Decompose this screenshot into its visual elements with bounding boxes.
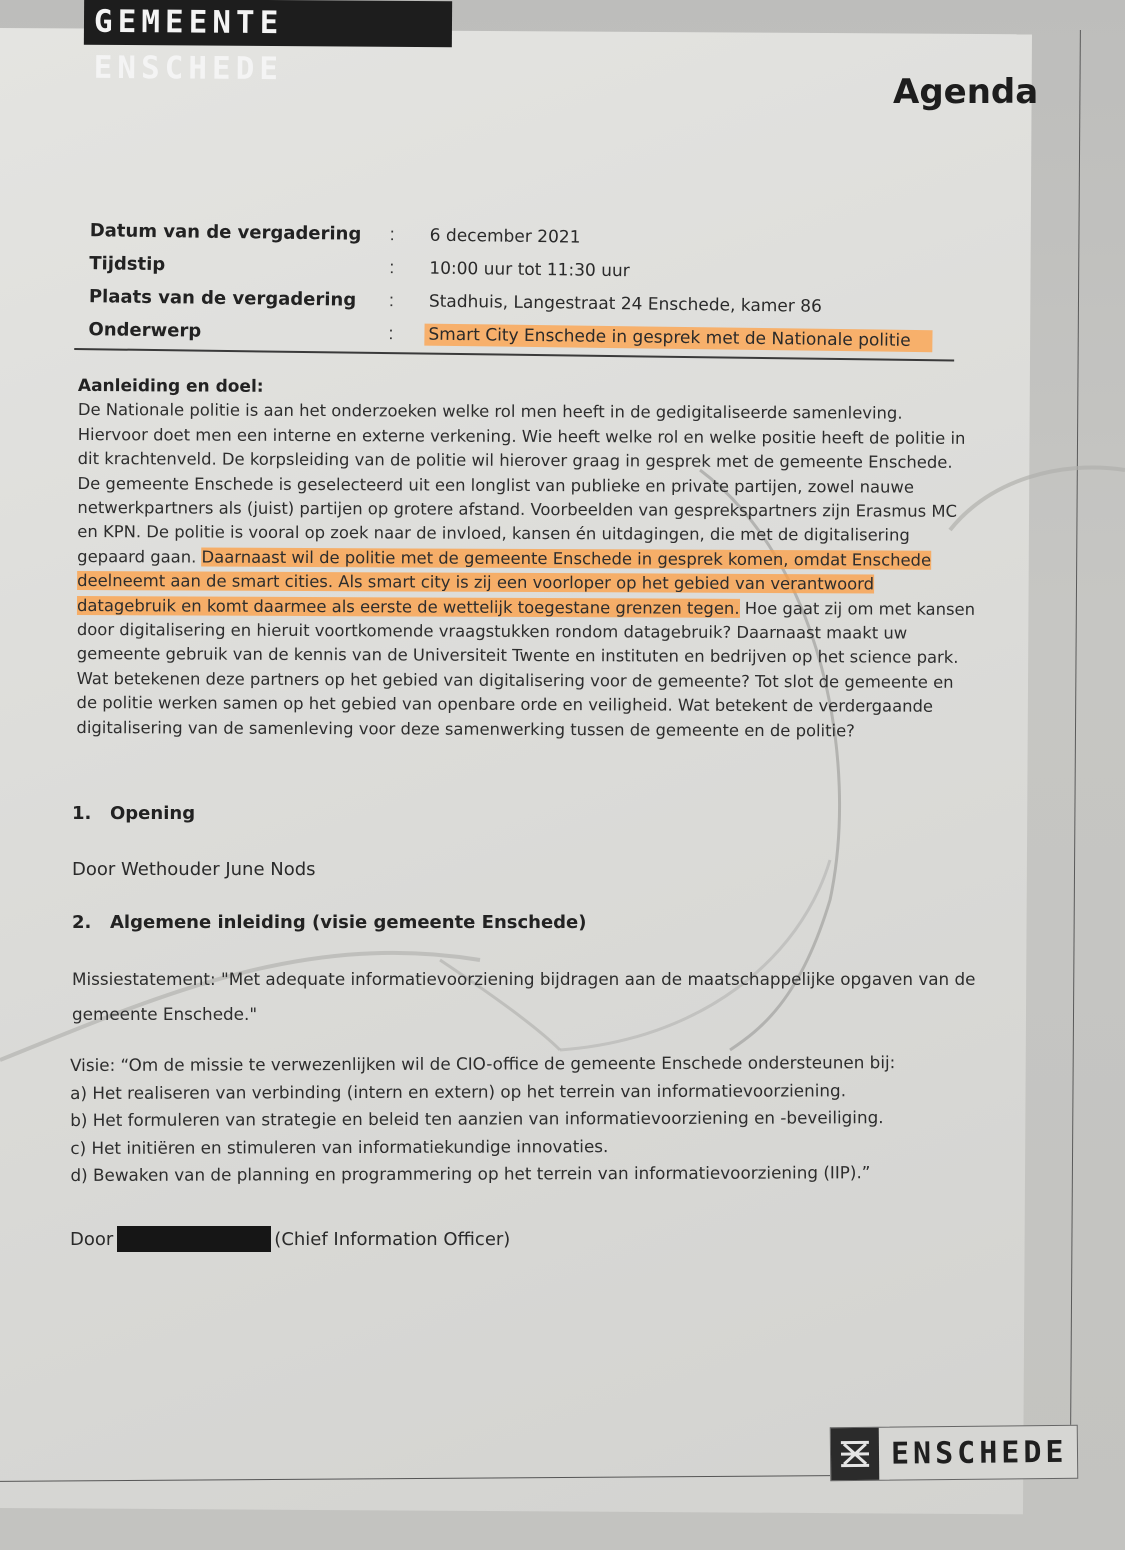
meeting-subject-highlighted: Smart City Enschede in gesprek met de Na… bbox=[424, 323, 932, 352]
field-separator: : bbox=[390, 224, 430, 246]
item-number: 2. bbox=[72, 912, 110, 933]
field-separator: : bbox=[388, 323, 428, 345]
field-separator: : bbox=[389, 290, 429, 312]
aanleiding-section: Aanleiding en doel: De Nationale politie… bbox=[76, 374, 978, 744]
item-number: 1. bbox=[72, 803, 110, 824]
visie-point: b) Het formuleren van strategie en belei… bbox=[70, 1104, 980, 1135]
visie-intro: Visie: “Om de missie te verwezenlijken w… bbox=[70, 1049, 980, 1080]
document-title: Agenda bbox=[893, 72, 1038, 112]
redacted-name bbox=[117, 1226, 271, 1252]
agenda-item-2: 2.Algemene inleiding (visie gemeente Ens… bbox=[72, 912, 586, 933]
cio-presenter: Door (Chief Information Officer) bbox=[70, 1226, 510, 1252]
organization-banner: GEMEENTE ENSCHEDE bbox=[84, 0, 452, 47]
enschede-footer-logo: ENSCHEDE bbox=[830, 1425, 1079, 1482]
field-label: Onderwerp bbox=[74, 319, 388, 344]
presenter-text: Door Wethouder June Nods bbox=[72, 859, 316, 880]
presenter-prefix: Door bbox=[70, 1229, 113, 1250]
paragraph-text: De Nationale politie is aan het onderzoe… bbox=[77, 400, 965, 566]
mission-statement: Missiestatement: "Met adequate informati… bbox=[72, 962, 982, 1032]
page-edge-line bbox=[1070, 30, 1081, 1430]
field-label: Datum van de vergadering bbox=[76, 220, 390, 245]
agenda-item-1: 1.Opening bbox=[72, 803, 195, 824]
agenda-item-heading: 1.Opening bbox=[72, 803, 195, 824]
item-title: Opening bbox=[110, 803, 195, 824]
presenter-role: (Chief Information Officer) bbox=[274, 1229, 510, 1250]
aanleiding-paragraph: De Nationale politie is aan het onderzoe… bbox=[76, 398, 977, 744]
visie-point: d) Bewaken van de planning en programmer… bbox=[70, 1159, 980, 1190]
visie-section: Visie: “Om de missie te verwezenlijken w… bbox=[70, 1049, 980, 1190]
meeting-location: Stadhuis, Langestraat 24 Enschede, kamer… bbox=[429, 291, 822, 316]
visie-point: a) Het realiseren van verbinding (intern… bbox=[70, 1076, 980, 1107]
item-title: Algemene inleiding (visie gemeente Ensch… bbox=[110, 912, 586, 933]
agenda-item-heading: 2.Algemene inleiding (visie gemeente Ens… bbox=[72, 912, 586, 933]
meeting-time: 10:00 uur tot 11:30 uur bbox=[429, 258, 630, 281]
field-label: Plaats van de vergadering bbox=[75, 286, 389, 311]
paragraph-text: Hoe gaat zij om met kansen door digitali… bbox=[76, 599, 975, 741]
meeting-details: Datum van de vergadering : 6 december 20… bbox=[74, 214, 956, 361]
field-label: Tijdstip bbox=[75, 253, 389, 278]
enschede-logo-icon bbox=[831, 1428, 880, 1480]
visie-point: c) Het initiëren en stimuleren van infor… bbox=[70, 1131, 980, 1162]
agenda-item-1-presenter: Door Wethouder June Nods bbox=[72, 859, 316, 880]
footer-logo-text: ENSCHEDE bbox=[879, 1434, 1068, 1471]
meeting-date: 6 december 2021 bbox=[430, 225, 581, 247]
field-separator: : bbox=[389, 257, 429, 279]
